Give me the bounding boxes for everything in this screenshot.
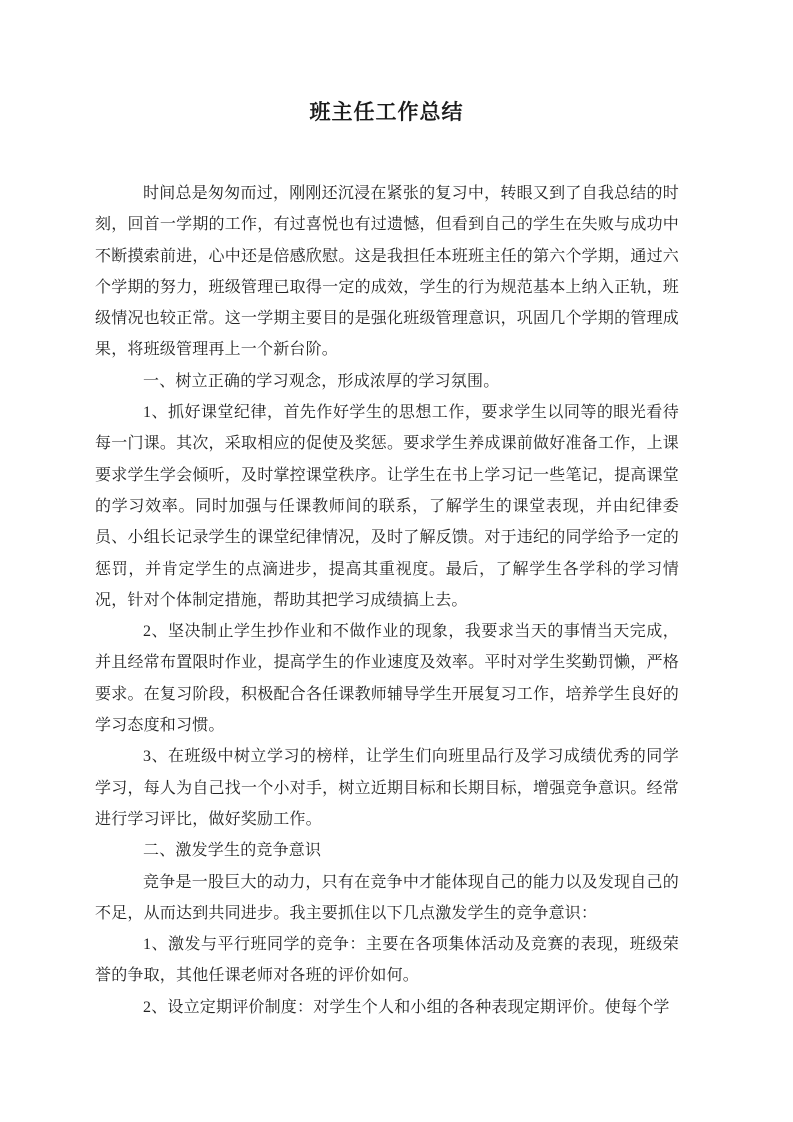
- paragraph: 1、激发与平行班同学的竞争：主要在各项集体活动及竞赛的表现，班级荣誉的争取，其他…: [95, 929, 679, 992]
- paragraph: 2、设立定期评价制度：对学生个人和小组的各种表现定期评价。使每个学: [95, 992, 679, 1023]
- document-page: 班主任工作总结 时间总是匆匆而过，刚刚还沉浸在紧张的复习中，转眼又到了自我总结的…: [0, 0, 793, 1122]
- paragraph: 1、抓好课堂纪律，首先作好学生的思想工作，要求学生以同等的眼光看待每一门课。其次…: [95, 397, 679, 616]
- document-body: 时间总是匆匆而过，刚刚还沉浸在紧张的复习中，转眼又到了自我总结的时刻，回首一学期…: [95, 178, 679, 1023]
- paragraph: 时间总是匆匆而过，刚刚还沉浸在紧张的复习中，转眼又到了自我总结的时刻，回首一学期…: [95, 178, 679, 366]
- paragraph: 竞争是一股巨大的动力，只有在竞争中才能体现自己的能力以及发现自己的不足，从而达到…: [95, 867, 679, 930]
- paragraph: 3、在班级中树立学习的榜样，让学生们向班里品行及学习成绩优秀的同学学习，每人为自…: [95, 741, 679, 835]
- paragraph: 二、激发学生的竞争意识: [95, 835, 679, 866]
- paragraph: 一、树立正确的学习观念，形成浓厚的学习氛围。: [95, 366, 679, 397]
- document-title: 班主任工作总结: [95, 97, 678, 127]
- paragraph: 2、坚决制止学生抄作业和不做作业的现象，我要求当天的事情当天完成，并且经常布置限…: [95, 616, 679, 741]
